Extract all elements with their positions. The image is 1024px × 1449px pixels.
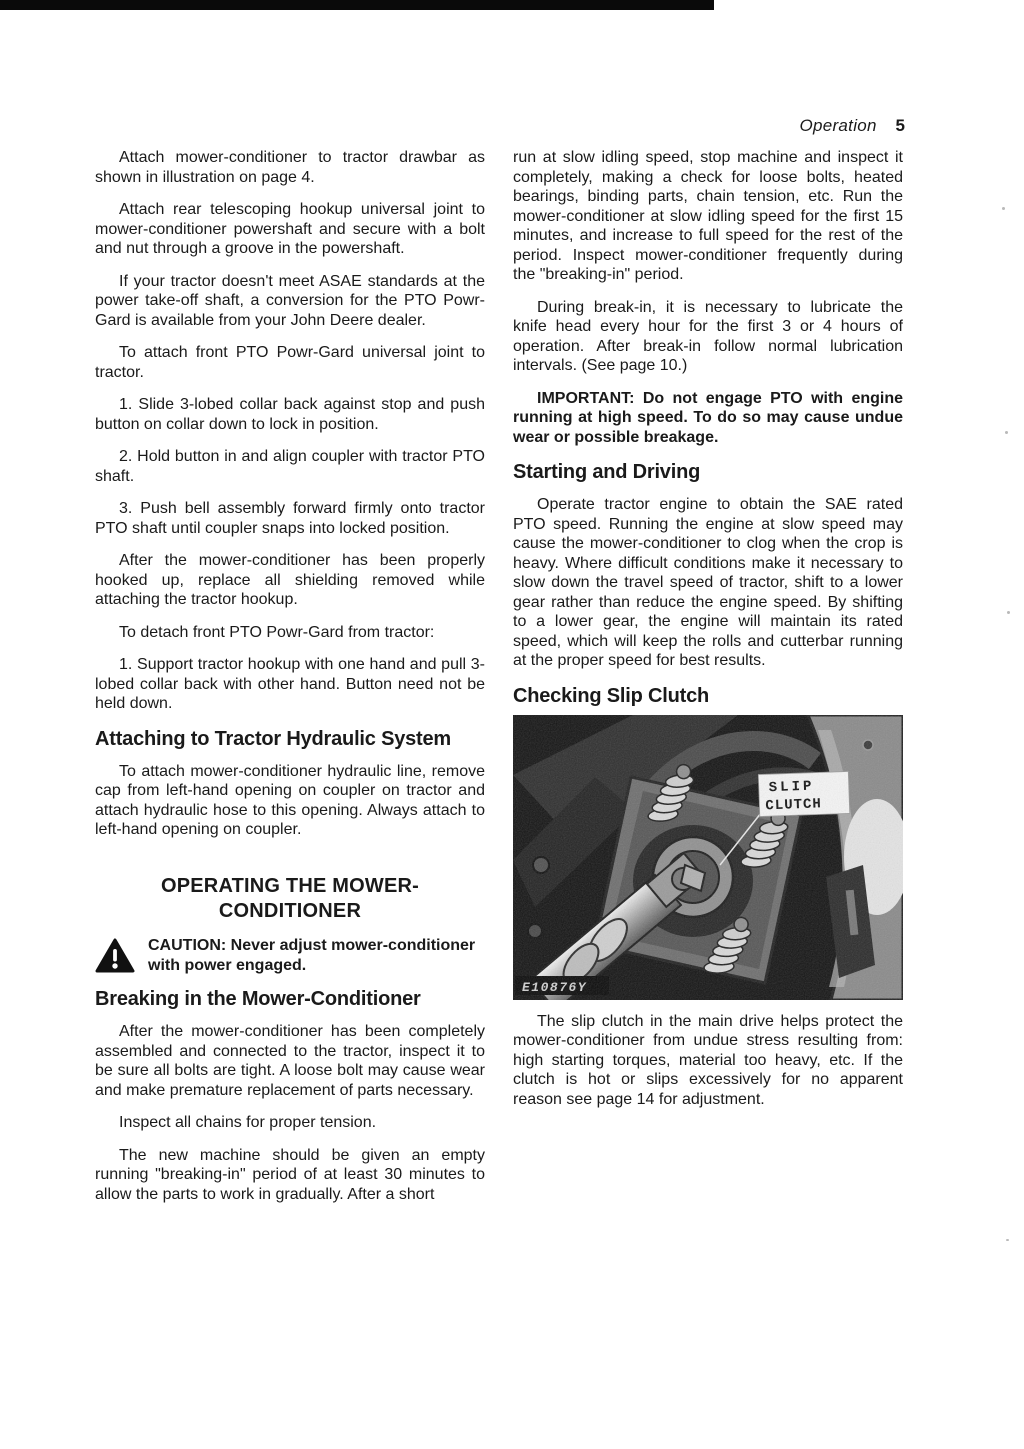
paragraph: Operate tractor engine to obtain the SAE…: [513, 495, 903, 671]
heading-attaching-hydraulic: Attaching to Tractor Hydraulic System: [95, 727, 485, 751]
numbered-step: 2. Hold button in and align coupler with…: [95, 447, 485, 486]
paragraph: To detach front PTO Powr-Gard from tract…: [95, 623, 485, 643]
important-note: IMPORTANT: Do not engage PTO with engine…: [513, 389, 903, 448]
right-column: run at slow idling speed, stop machine a…: [513, 148, 903, 1122]
scan-speck: [1006, 1239, 1009, 1241]
paragraph: After the mower-conditioner has been pro…: [95, 551, 485, 610]
page-header: Operation 5: [513, 116, 905, 136]
caution-text: CAUTION: Never adjust mower-conditioner …: [148, 936, 485, 976]
paragraph: Inspect all chains for proper tension.: [95, 1113, 485, 1133]
heading-breaking-in: Breaking in the Mower-Conditioner: [95, 987, 485, 1011]
warning-triangle-icon: [95, 938, 135, 980]
paragraph: If your tractor doesn't meet ASAE standa…: [95, 272, 485, 331]
paragraph: The slip clutch in the main drive helps …: [513, 1012, 903, 1110]
left-column: Attach mower-conditioner to tractor draw…: [95, 148, 485, 1217]
paragraph: Attach rear telescoping hookup universal…: [95, 200, 485, 259]
paragraph: During break-in, it is necessary to lubr…: [513, 298, 903, 376]
scan-speck: [1007, 611, 1010, 614]
heading-line: OPERATING THE MOWER-: [95, 874, 485, 899]
scan-speck: [1002, 207, 1005, 210]
numbered-step: 1. Slide 3-lobed collar back against sto…: [95, 395, 485, 434]
paragraph: After the mower-conditioner has been com…: [95, 1022, 485, 1100]
slip-clutch-photo: SLIP CLUTCH E10876Y: [513, 715, 903, 1000]
caution-block: CAUTION: Never adjust mower-conditioner …: [95, 936, 485, 980]
heading-checking-slip-clutch: Checking Slip Clutch: [513, 684, 903, 708]
heading-operating-mower-conditioner: OPERATING THE MOWER- CONDITIONER: [95, 874, 485, 924]
grain-overlay: [513, 715, 903, 1000]
paragraph: run at slow idling speed, stop machine a…: [513, 148, 903, 285]
section-title: Operation: [799, 116, 876, 135]
heading-starting-driving: Starting and Driving: [513, 460, 903, 484]
scan-artifact-top-bar: [0, 0, 714, 10]
page-number: 5: [896, 116, 905, 135]
numbered-step: 3. Push bell assembly forward firmly ont…: [95, 499, 485, 538]
heading-line: CONDITIONER: [95, 899, 485, 924]
paragraph: To attach mower-conditioner hydraulic li…: [95, 762, 485, 840]
manual-page: Operation 5 Attach mower-conditioner to …: [0, 0, 1024, 1449]
paragraph: To attach front PTO Powr-Gard universal …: [95, 343, 485, 382]
scan-speck: [1005, 431, 1008, 434]
numbered-step: 1. Support tractor hookup with one hand …: [95, 655, 485, 714]
paragraph: Attach mower-conditioner to tractor draw…: [95, 148, 485, 187]
paragraph: The new machine should be given an empty…: [95, 1146, 485, 1205]
